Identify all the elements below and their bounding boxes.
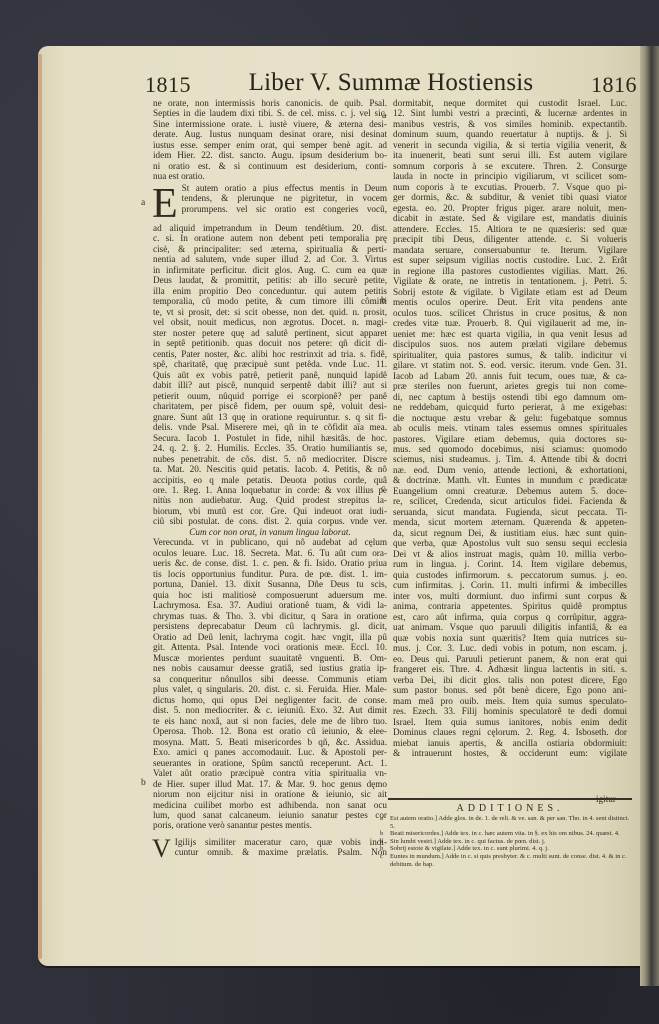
text-line: in septê petitionib. quas docuit nos pet… xyxy=(153,338,387,348)
drop-cap-e: E xyxy=(152,185,178,223)
text-line: Valet aût oratio præcipuè contra vitia s… xyxy=(153,768,387,778)
text-line: c. si. In oratione autem non debent peti… xyxy=(153,233,387,243)
text-line: Oratio ad Deû lenit, lachryma cogit. hæc… xyxy=(153,632,387,642)
running-head: 1815 Liber V. Summæ Hostiensis 1816 xyxy=(145,66,637,96)
text-line: Deus laudat, & promittit, petitis: ab il… xyxy=(153,275,387,285)
text-line: medicina cuilibet morbo est adhibenda. n… xyxy=(153,800,387,810)
text-line: di, nec captum à bestijs ostendi tibi eg… xyxy=(393,392,627,402)
text-line: nes nobis causamur deesse gratiâ, sed iu… xyxy=(153,663,387,673)
text-line: & intrauerunt hostes, & occiderunt eum: … xyxy=(393,748,627,758)
text-line: mus. sed quomodo docebimus, nisi sciamus… xyxy=(393,444,627,454)
text-line: præ steriles non fuerunt, arietes gregis… xyxy=(393,381,627,391)
text-line: quia custodes infirmorum. s. peccatorum … xyxy=(393,570,627,580)
text-line: Operosa. Thob. 12. Bona est oratio cû ie… xyxy=(153,726,387,736)
text-line: te eis hanc noxâ, aut si non facies, del… xyxy=(153,716,387,726)
text-line: cum infirmitas. j. Corin. 11. multi infi… xyxy=(393,580,627,590)
oratio-paragraph: E St autem oratio a pius effectus mentis… xyxy=(153,183,387,831)
text-line: Septies in die laudem dixi tibi. S. de c… xyxy=(153,108,387,118)
drop-cap-v: V xyxy=(152,838,171,860)
addition-text: Est autem oratio.] Adde glos. in de. 1. … xyxy=(390,815,632,830)
text-line: Verecunda. vt in publicano, qui nô audeb… xyxy=(153,537,387,547)
text-line: miebat ianuis apertis, & ancilla ostiari… xyxy=(393,738,627,748)
text-line: est super seipsum vigilias noctis custod… xyxy=(393,255,627,265)
book-gutter xyxy=(640,46,659,986)
folio-right: 1816 xyxy=(591,74,637,96)
addition-letter: b xyxy=(380,845,390,853)
text-line: mosyna. Matt. 5. Beati misericordes b qñ… xyxy=(153,737,387,747)
text-line: gnare. Sunt aût 13 quę in oratione requi… xyxy=(153,412,387,422)
verse-line: Cum cor non orat, in vanum lingua labora… xyxy=(153,527,387,537)
text-line: anima, contraria appetentes. Spiritus qu… xyxy=(393,601,627,611)
text-line: dictus homo, qui opus Dei negligenter fa… xyxy=(153,695,387,705)
text-line: da, sicut regnum Dei, & iustitiam eius. … xyxy=(393,528,627,538)
text-line: dist. 5. non mediocriter. & c. ieiuniû. … xyxy=(153,705,387,715)
text-line: ita inuenerit, beati sunt serui illi. Es… xyxy=(393,150,627,160)
addition-text: Beati misericordes.] Adde tex. in c. hæc… xyxy=(390,830,620,838)
text-line: næ. eod. Dum venio, attende lectioni, & … xyxy=(393,465,627,475)
text-line: lum, quod sanat calcaneum. ieiunio sanat… xyxy=(153,810,387,820)
text-line: Iacob ad Labam 20. annis fuit tecum, oue… xyxy=(393,371,627,381)
text-line: nua est oratio. xyxy=(153,171,387,181)
text-line: sa conqueritur nônullos sibi deesse. Com… xyxy=(153,674,387,684)
text-line: verba Dei, ibi dicit glos. talis non pot… xyxy=(393,675,627,685)
text-line: dicabit in æstate. Sed & vigilare est, m… xyxy=(393,213,627,223)
text-line: ciû sibi postulat. de cons. dist. 2. qui… xyxy=(153,516,387,526)
divider xyxy=(388,798,632,800)
text-line: te, vt si prosit, det: si scit obesse, n… xyxy=(153,307,387,317)
right-column: dormitabit, neque dormitet qui custodit … xyxy=(393,98,627,759)
addition-letter: a xyxy=(380,815,390,830)
text-line: temporalia, cû modo petite, & cum timore… xyxy=(153,296,387,306)
text-line: Sine intermissione orate. i. iustè viuer… xyxy=(153,119,387,129)
vigiliis-paragraph: V Igilijs similiter maceratur caro, quæ … xyxy=(153,837,387,858)
text-line: idem Hier. 22. dist. sancto. Augu. ipsum… xyxy=(153,150,387,160)
text-line: dabit illi? aut piscê, nunquid serpentê … xyxy=(153,380,387,390)
text-line: ni oratio est. & si continuum est deside… xyxy=(153,161,387,171)
text-line: Vigilate & orate, ne intretis in tentati… xyxy=(393,276,627,286)
addition-item: b Sobrij estote & vigilate.] Adde tex. i… xyxy=(388,845,632,853)
text-line: tis locis opportunius funditur. Pura. de… xyxy=(153,569,387,579)
additiones-title: ADDITIONES. xyxy=(388,803,632,814)
text-line: Secura. Iacob 1. Postulet in fide, nihil… xyxy=(153,433,387,443)
text-line: ster noster petere quę ad salutê pertine… xyxy=(153,328,387,338)
margin-note-letter: a xyxy=(382,111,386,121)
running-title: Liber V. Summæ Hostiensis xyxy=(249,70,534,96)
text-line: manibus vestris, & vos similes hominib. … xyxy=(393,119,627,129)
text-line: prorumpens. vel sic oratio est congeries… xyxy=(182,204,387,214)
text-line: die noctuque æstu vrebar & gelu: fugebat… xyxy=(393,413,627,423)
text-line: accipitis, eo q male petatis. Deuota pot… xyxy=(153,475,387,485)
text-line: git. Attenta. Psal. Intende voci oration… xyxy=(153,642,387,652)
text-line: quia hoc isti malitiosè composuerunt adu… xyxy=(153,590,387,600)
addition-item: a Sin lumbi vestri.] Adde tex. in c. qui… xyxy=(388,838,632,846)
text-line: petierit ouum, nûquid porrige ei scorpio… xyxy=(153,391,387,401)
text-line: gilare. vt statim not. S. eod. versic. i… xyxy=(393,360,627,370)
text-line: pastores. Vigilare etiam debemus, quia d… xyxy=(393,434,627,444)
text-line: persistens deprecabatur Deum cû lachrymi… xyxy=(153,621,387,631)
text-line: nitùs non audiebatur. Aug. Quid prodest … xyxy=(153,495,387,505)
text-line: illa enim propitio Deo conceduntur. qui … xyxy=(153,286,387,296)
text-line: Igilijs similiter maceratur caro, quæ vo… xyxy=(175,837,387,847)
addition-text: Sin lumbi vestri.] Adde tex. in c. qui f… xyxy=(390,838,545,846)
additiones-section: ADDITIONES. a Est autem oratio.] Adde gl… xyxy=(388,798,632,868)
text-line: St autem oratio a pius effectus mentis i… xyxy=(182,183,387,193)
text-line: Israel. Item quia sumus ianitores, nobis… xyxy=(393,717,627,727)
text-line: uat animam. Vsque quo paruuli diligitis … xyxy=(393,622,627,632)
addition-letter: a xyxy=(380,838,390,846)
text-line: de Hier. super illud Mat. 17. & Mar. 9. … xyxy=(153,779,387,789)
text-line: credes vitæ tuæ. Prouerb. 8. Qui vigilau… xyxy=(393,318,627,328)
text-line: menda, sicut mortem æternam. Quærenda & … xyxy=(393,517,627,527)
text-line: sciemus, nisi studeamus. j. Tim. 4. Atte… xyxy=(393,454,627,464)
text-line: delis. vnde Psal. Miserere mei, qñ in te… xyxy=(153,422,387,432)
text-line: rum in lingua. j. Corint. 14. Item vigil… xyxy=(393,559,627,569)
left-column: ne orate, non intermissis horis canonici… xyxy=(153,98,387,860)
margin-note-letter: c xyxy=(381,484,385,494)
addition-item: b Beati misericordes.] Adde tex. in c. h… xyxy=(388,830,632,838)
text-line: ger dormis, &c. & subditur, & veniet tib… xyxy=(393,192,627,202)
text-line: inter vos, multi dormiunt. duo infirmi s… xyxy=(393,591,627,601)
text-line: poris, oratione verò sanantur pestes men… xyxy=(153,820,387,830)
text-line: nubes penetrabit. de cõs. dist. 5. nô me… xyxy=(153,454,387,464)
addition-item: c Euntes in mundum.] Adde in c. si quis … xyxy=(388,853,632,868)
addition-letter: b xyxy=(380,830,390,838)
text-line: frangeret eis. Thre. 4. Adhæsit lingua l… xyxy=(393,664,627,674)
text-line: centis, Pater noster, &c. alibi hoc rest… xyxy=(153,349,387,359)
text-line: Sobrij estote & vigilate. b Vigilate eti… xyxy=(393,287,627,297)
text-line: derate. Aug. Iustus nunquam desinat orar… xyxy=(153,129,387,139)
text-line: mandata seruare, conseruabuntur te. Iter… xyxy=(393,245,627,255)
text-line: dominum suum, quando reuertatur à nuptij… xyxy=(393,129,627,139)
text-line: re, scilicet, Credenda, sicut articulos … xyxy=(393,496,627,506)
text-line: niorum non eijcitur nisi in oratione & i… xyxy=(153,789,387,799)
text-line: præcipit tibi Deus, diligenter attende. … xyxy=(393,234,627,244)
text-line: iustus esse. semper enim orat, qui sempe… xyxy=(153,140,387,150)
text-line: chrymas tuas. & Tho. 3. vbi dicitur, q S… xyxy=(153,611,387,621)
text-line: ueris &c. de conse. dist. 1. c. pen. & f… xyxy=(153,558,387,568)
text-line: que verba, quæ Apostolus vult suo sensu … xyxy=(393,538,627,548)
text-line: in regione illa pastores custodientes vi… xyxy=(393,266,627,276)
text-line: seuerantes in oratione, Spûm sanctû rece… xyxy=(153,758,387,768)
text-line: oculos tuos. scilicet Christus in cruce … xyxy=(393,308,627,318)
text-line: res. Ezech. 33. Filij hominis speculator… xyxy=(393,706,627,716)
text-line: attendere. Eccles. 15. Altiora te ne quæ… xyxy=(393,224,627,234)
text-line: mus. j. Cor. 3. Luc. dedi vobis in potum… xyxy=(393,643,627,653)
text-line: ne orate, non intermissis horis canonici… xyxy=(153,98,387,108)
text-line: nentia ad salutem, vnde super illud 2. a… xyxy=(153,254,387,264)
text-line: 24. q. 2. §. 2. Humilis. Eccles. 35. Ora… xyxy=(153,443,387,453)
text-line: num coporis à te excutias. Prouerb. 7. V… xyxy=(393,182,627,192)
text-line: Muscæ morientes perdunt suauitatê vnguen… xyxy=(153,653,387,663)
text-line: cuntur omnib. & maxime prælatis. Psalm. … xyxy=(175,847,387,857)
text-line: cisè, & principaliter: sed æterna, spiri… xyxy=(153,244,387,254)
text-line: ab oculis meis. vtinam tales essemus omn… xyxy=(393,423,627,433)
text-line: 12. Sint lumbi vestri a præcinti, & luce… xyxy=(393,108,627,118)
text-line: tendens, & plerunque ne pigritetur, in v… xyxy=(182,193,387,203)
text-line: Quis aût ex vobis patrê, petierit panê, … xyxy=(153,370,387,380)
text-line: portuna, Daniel. 13. dixit Susanna, Dñe … xyxy=(153,579,387,589)
text-line: seruanda, sicut mandata. Fugienda, sicut… xyxy=(393,507,627,517)
text-line: & doctrinæ. Matth. vlt. Euntes in mundum… xyxy=(393,475,627,485)
text-line: Dominus claues regni cęlorum. 2. Reg. 4.… xyxy=(393,727,627,737)
addition-item: a Est autem oratio.] Adde glos. in de. 1… xyxy=(388,815,632,830)
text-line: vel obsit, nouit medicus, non ægrotus. D… xyxy=(153,317,387,327)
text-line: ore. 1. Reg. 1. Anna loquebatur in corde… xyxy=(153,485,387,495)
text-line: mentis oculos operire. Deut. Erit vita p… xyxy=(393,297,627,307)
text-line: charitatem, per piscê fidem, per ouum sp… xyxy=(153,401,387,411)
text-line: eo. Deus qui. Paruuli petierunt panem, &… xyxy=(393,654,627,664)
text-line: plus valet, q singularis. 20. dist. c. s… xyxy=(153,684,387,694)
folio-left: 1815 xyxy=(145,74,191,96)
margin-note-letter: b xyxy=(141,778,146,788)
page-fore-edge xyxy=(38,54,42,959)
text-line: est, caro aût infirma, quia corpus q cor… xyxy=(393,612,627,622)
text-line: egesta. eo. 20. Propter frigus piger. ar… xyxy=(393,203,627,213)
text-line: Dei vt & alios instruat magis, quàm 10. … xyxy=(393,549,627,559)
left-intro-paragraph: ne orate, non intermissis horis canonici… xyxy=(153,98,387,182)
text-line: venerit in secunda vigilia, & si tertia … xyxy=(393,140,627,150)
text-line: dormitabit, neque dormitet qui custodit … xyxy=(393,98,627,108)
text-line: Exo. amici q panes accomodauit. Luc. & A… xyxy=(153,747,387,757)
text-line: lauda in nocte in principio vigiliarum, … xyxy=(393,171,627,181)
text-line: somnum corporis à se excutere. Thren. 2.… xyxy=(393,161,627,171)
text-line: ad aliquid impetrandum in Deum tendêtium… xyxy=(153,223,387,233)
addition-text: Sobrij estote & vigilate.] Adde tex. in … xyxy=(390,845,549,853)
text-line: in infirmitate perficitur. dicit glos. A… xyxy=(153,265,387,275)
text-line: spê, charitatê, quę præcipuè sunt petêda… xyxy=(153,359,387,369)
margin-note-letter: b xyxy=(381,296,386,306)
addition-text: Euntes in mundum.] Adde in c. si quis pr… xyxy=(390,853,632,868)
text-line: Euangelium omni creaturæ. Debemus autem … xyxy=(393,486,627,496)
text-line: discipulos suos. nos autem prælati vigil… xyxy=(393,339,627,349)
text-line: spiritualiter, quia pastores sumus, & ta… xyxy=(393,350,627,360)
text-line: Lachrymosa. Esa. 37. Audiui orationê tua… xyxy=(153,600,387,610)
text-line: sum pastor bonus. sed pôt benè dicere, E… xyxy=(393,685,627,695)
text-line: ueniet me: hæc est quarta vigilia, in qu… xyxy=(393,329,627,339)
text-line: mam meâ pro ouib. meis. Item quia sumus … xyxy=(393,696,627,706)
text-line: ne reddebam, quicquid furto perierat, à … xyxy=(393,402,627,412)
text-line: ta. Mat. 20. Nescitis quid petatis. Iaco… xyxy=(153,464,387,474)
text-line: quæ vobis noxia sunt quæritis? Item quia… xyxy=(393,633,627,643)
margin-note-letter: a xyxy=(141,198,145,208)
text-line: biorum, vbi mutû est cor. Gre. Qui indeu… xyxy=(153,506,387,516)
addition-letter: c xyxy=(380,853,390,868)
text-line: oculos leuare. Luc. 18. Secreta. Mat. 6.… xyxy=(153,548,387,558)
